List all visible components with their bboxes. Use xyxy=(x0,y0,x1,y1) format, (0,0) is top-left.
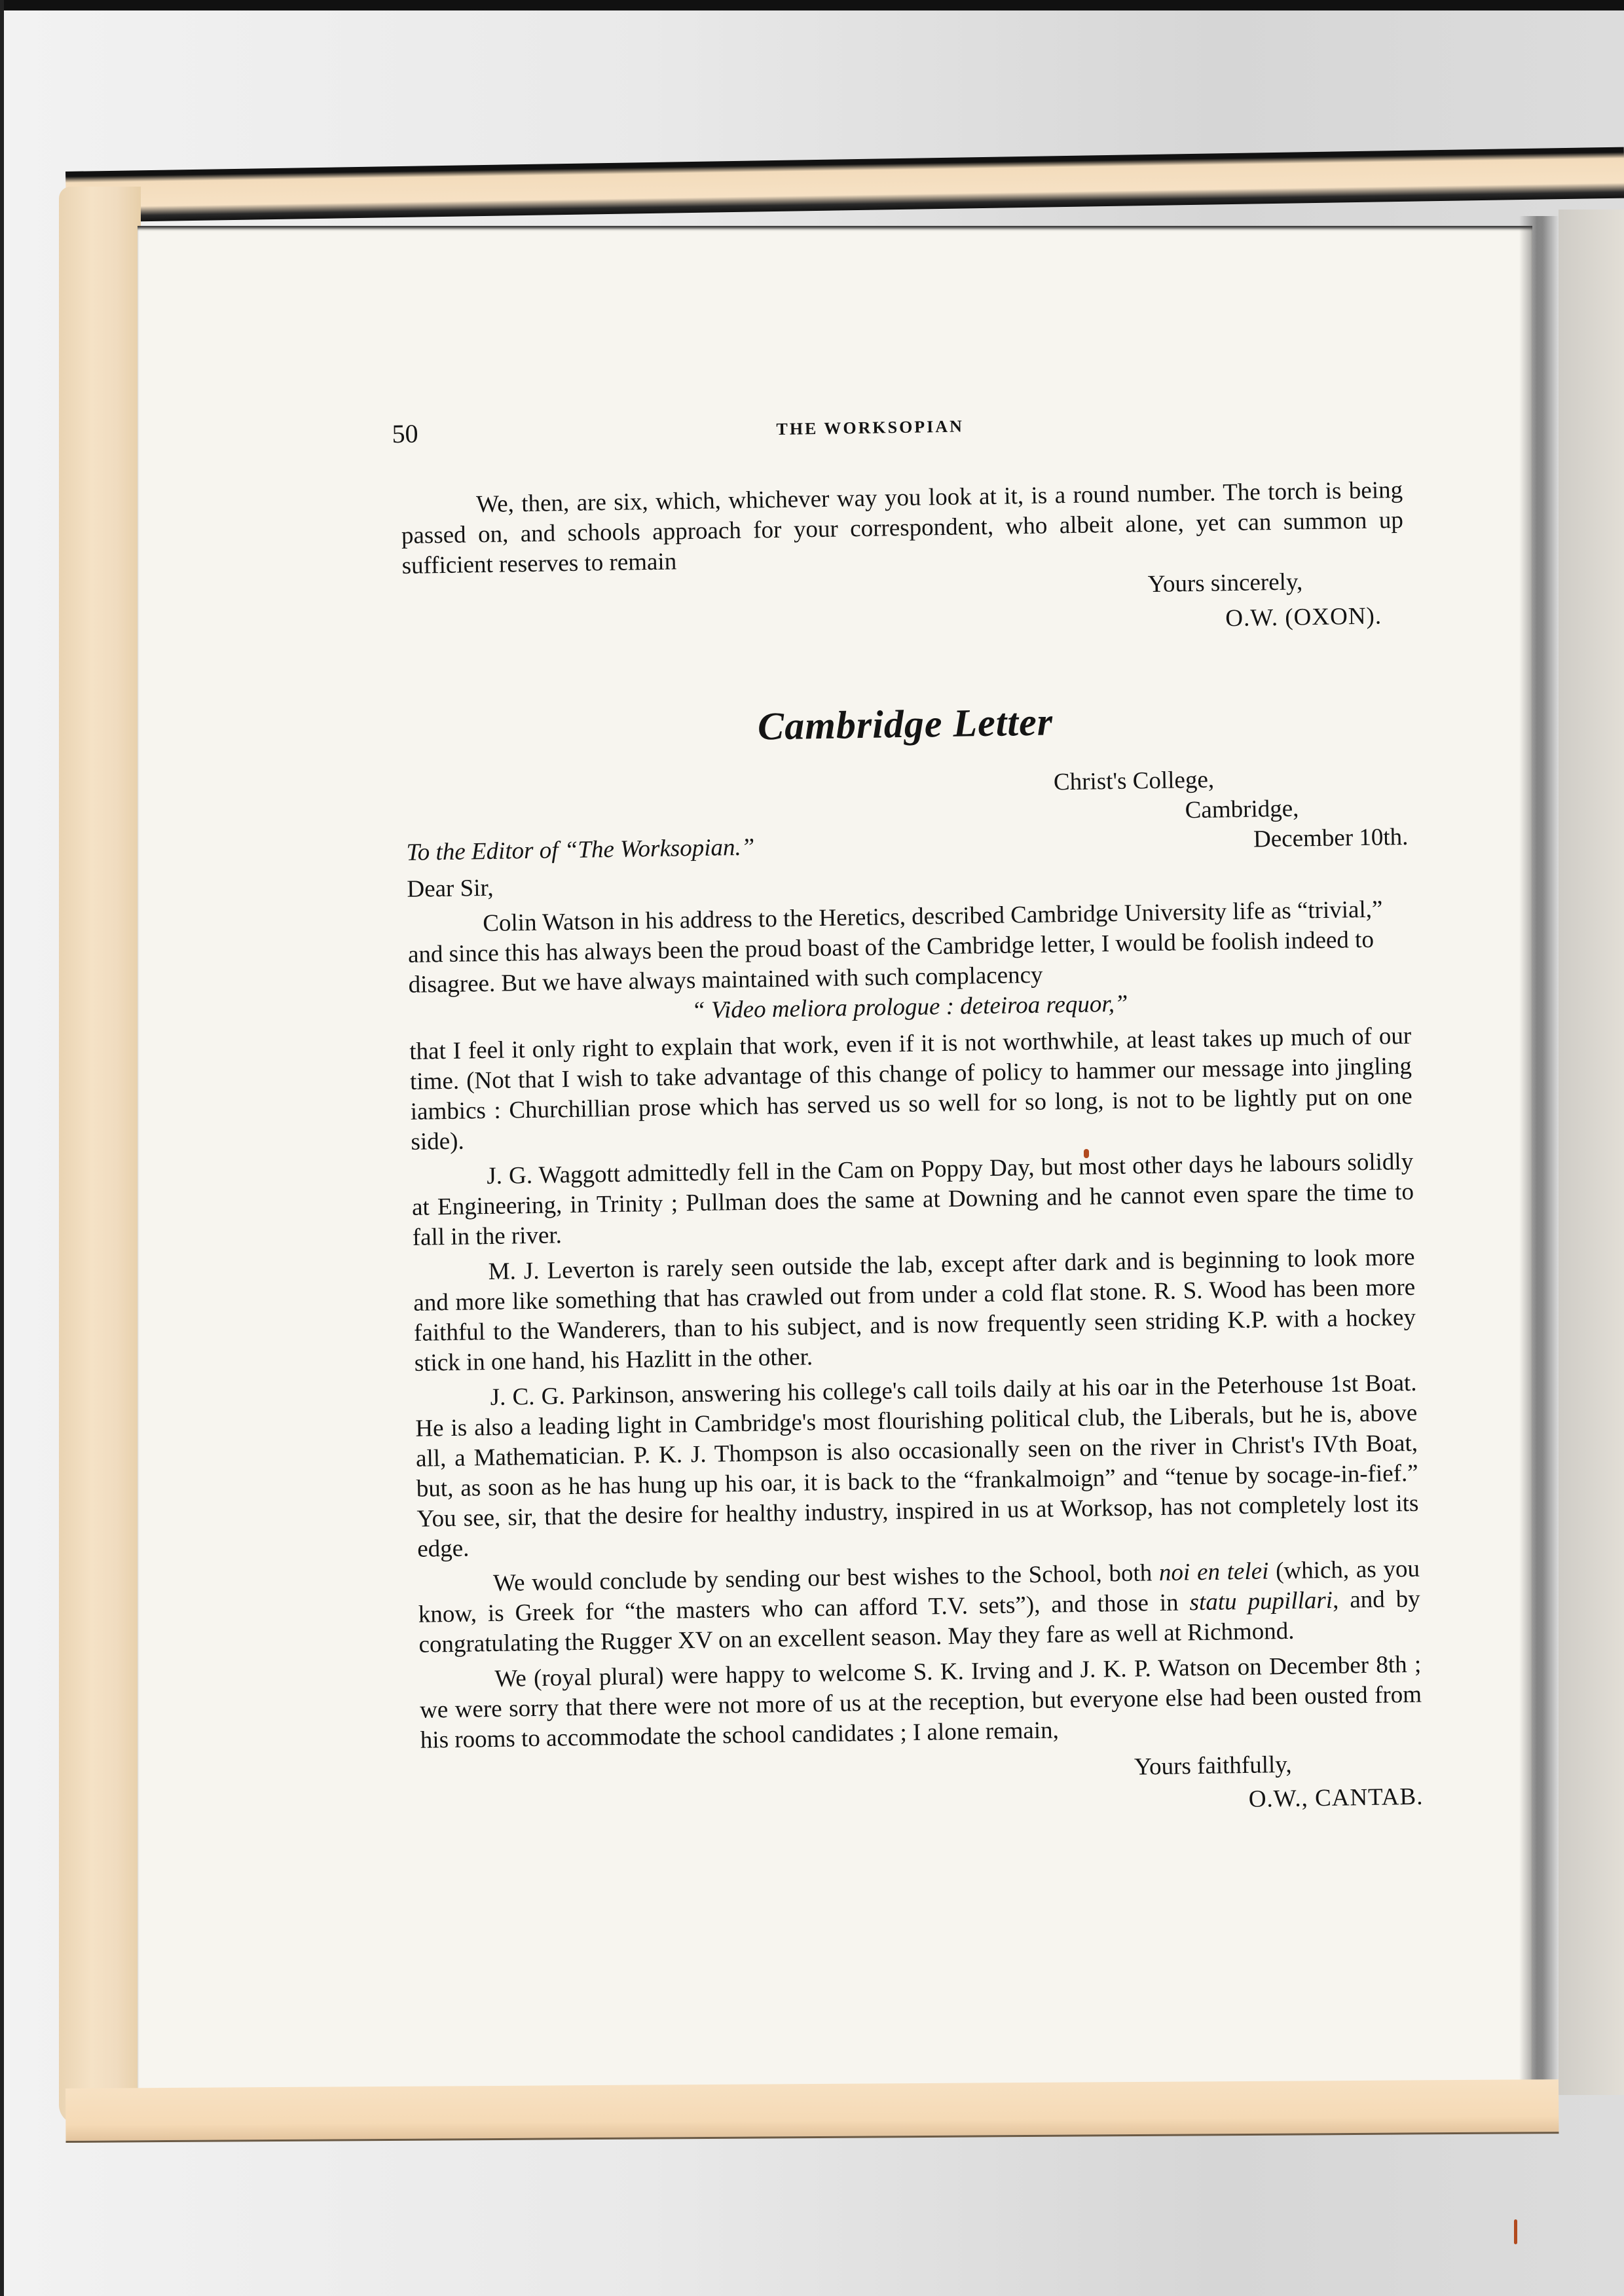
page-content: 50 THE WORKSOPIAN We, then, are six, whi… xyxy=(399,397,1424,1828)
running-title: THE WORKSOPIAN xyxy=(776,411,964,444)
paper-speck xyxy=(1514,2219,1517,2244)
body-paragraph: M. J. Leverton is rarely seen outside th… xyxy=(413,1243,1416,1379)
facing-page-edge xyxy=(1559,210,1624,2095)
book-cover-bottom-edge xyxy=(65,2079,1559,2143)
latin-phrase: statu pupillari xyxy=(1189,1587,1333,1616)
article-title: Cambridge Letter xyxy=(404,690,1407,758)
body-paragraph: that I feel it only right to explain tha… xyxy=(409,1021,1413,1157)
scan-top-edge xyxy=(0,0,1624,10)
address-line-town: Cambridge, xyxy=(1185,792,1408,826)
scan-left-edge xyxy=(0,0,4,2296)
book-cover-top-edge xyxy=(65,147,1624,223)
page-number: 50 xyxy=(392,419,418,450)
body-paragraph: J. C. G. Parkinson, answering his colleg… xyxy=(415,1368,1419,1565)
letter-date: December 10th. xyxy=(1253,822,1409,855)
oxford-closing-paragraph: We, then, are six, which, whichever way … xyxy=(401,475,1404,581)
body-paragraph: J. G. Waggott admittedly fell in the Cam… xyxy=(411,1147,1414,1253)
greek-phrase: noi en telei xyxy=(1159,1558,1269,1586)
recipient-line: To the Editor of “The Worksopian.” xyxy=(406,833,754,868)
final-paragraph: We (royal plural) were happy to welcome … xyxy=(419,1650,1422,1756)
body-paragraph: Colin Watson in his address to the Heret… xyxy=(407,894,1411,1000)
book-cover-left-edge xyxy=(59,187,141,2124)
conclusion-paragraph: We would conclude by sending our best wi… xyxy=(418,1554,1421,1660)
book-gutter-shadow xyxy=(1519,216,1559,2095)
